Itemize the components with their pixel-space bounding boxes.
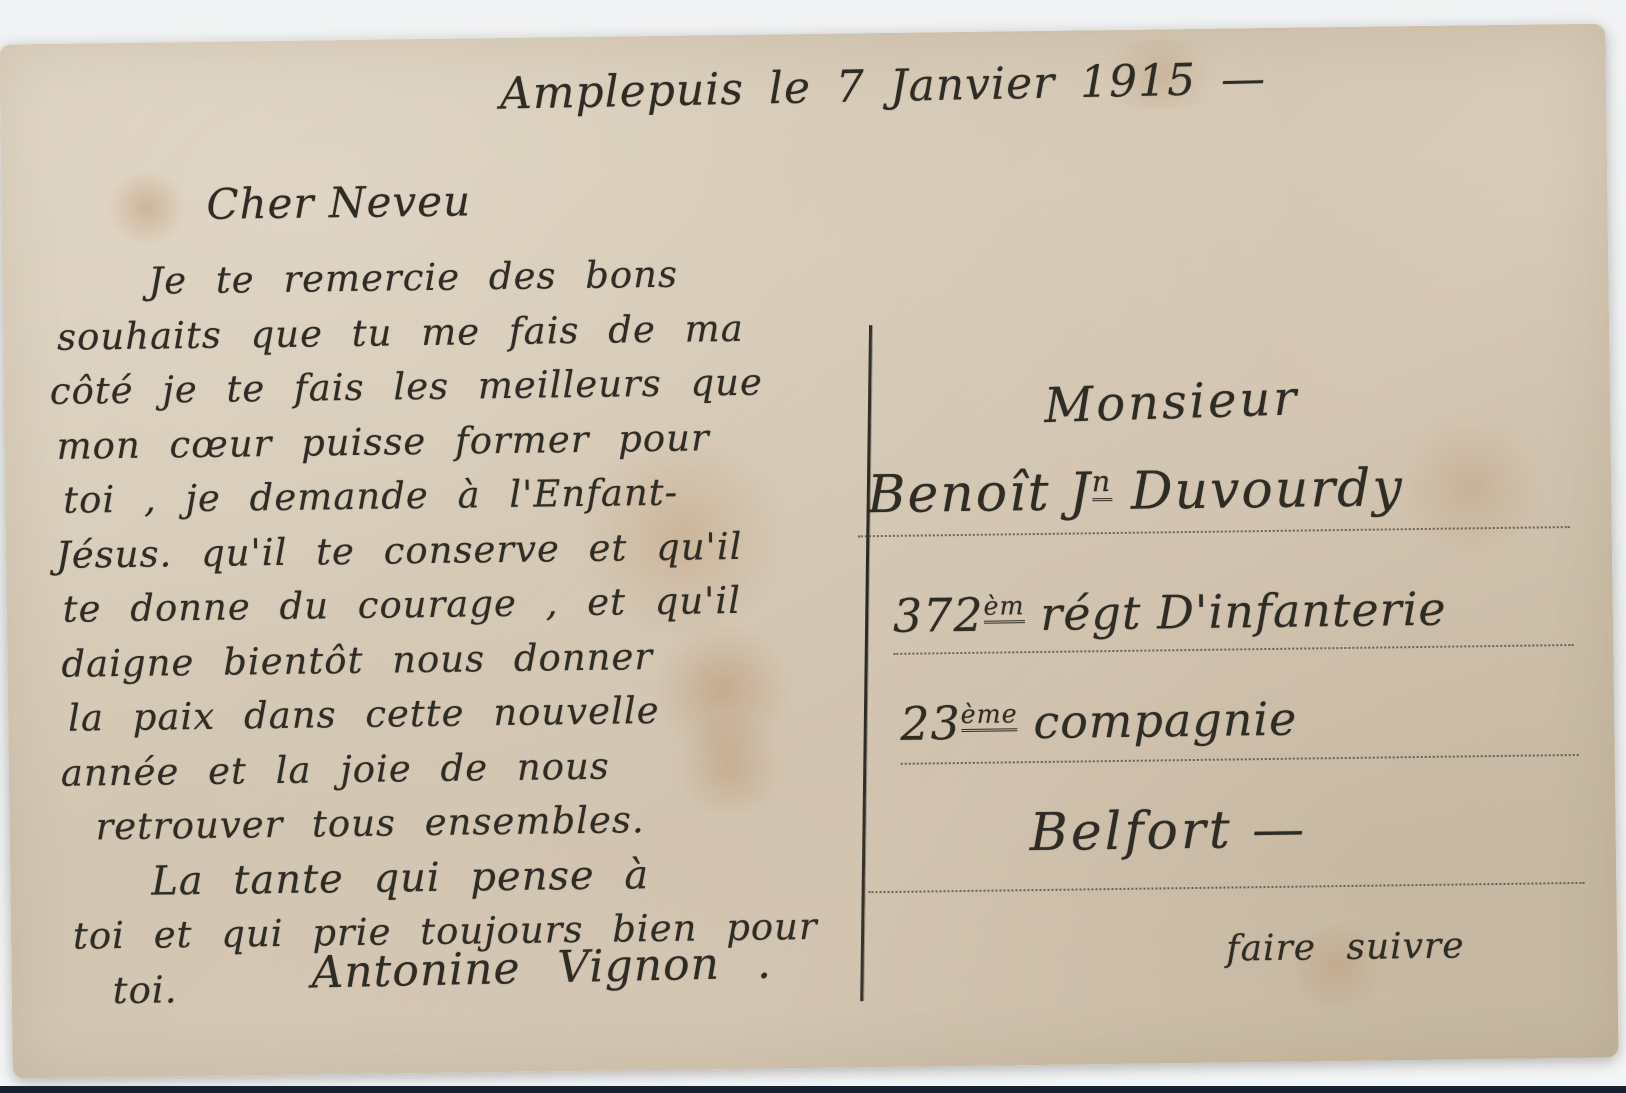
letter-line: Je te remercie des bons	[148, 246, 809, 309]
company-superscript: ème	[961, 699, 1018, 732]
paper-stain	[101, 172, 192, 243]
recipient-name-superscript: n	[1092, 464, 1113, 501]
letter-line: côté je te fais les meilleurs que	[49, 355, 810, 419]
letter-line: Jésus. qu'il te conserve et qu'il	[56, 518, 813, 582]
address-city: Belfort —	[1029, 800, 1307, 864]
letter-line: souhaits que tu me fais de ma	[57, 300, 810, 364]
letter-line: année et la joie de nous	[60, 736, 815, 800]
regiment-number: 372	[893, 588, 985, 643]
address-regiment: 372èm régt D'infanterie	[893, 582, 1447, 643]
regiment-rest: régt D'infanterie	[1024, 582, 1447, 642]
address-recipient-name: Benoît Jn Duvourdy	[867, 458, 1404, 525]
letter-line: toi , je demande à l'Enfant-	[63, 464, 812, 528]
letter-line: La tante qui pense à	[151, 845, 817, 908]
address-dotted-line	[858, 526, 1570, 537]
company-rest: compagnie	[1017, 692, 1297, 750]
letter-line: mon cœur puisse former pour	[56, 409, 811, 473]
address-dotted-line	[901, 754, 1579, 765]
recipient-name-main: Benoît J	[867, 462, 1092, 525]
letter-line: retrouver tous ensembles.	[95, 791, 816, 855]
address-title: Monsieur	[1043, 370, 1300, 434]
letter-line: te donne du courage , et qu'il	[62, 573, 813, 637]
postcard-paper: Amplepuis le 7 Janvier 1915 — Cher Neveu…	[0, 24, 1619, 1079]
salutation: Cher Neveu	[206, 176, 471, 228]
paper-stain	[1394, 414, 1546, 556]
signature: Antonine Vignon .	[311, 938, 772, 999]
scan-edge-strip	[0, 1086, 1626, 1093]
address-company: 23ème compagnie	[900, 692, 1298, 751]
letter-line: la paix dans cette nouvelle	[68, 682, 815, 746]
center-divider-line	[860, 325, 872, 1001]
address-dotted-line	[893, 644, 1573, 655]
date-line: Amplepuis le 7 Janvier 1915 —	[499, 53, 1266, 119]
letter-line: daigne bientôt nous donner	[61, 627, 814, 691]
regiment-superscript: èm	[983, 591, 1024, 624]
recipient-name-rest: Duvourdy	[1112, 458, 1404, 522]
address-dotted-line	[868, 882, 1584, 893]
forwarding-notation: faire suivre	[1226, 925, 1465, 969]
letter-body: Je te remercie des bons souhaits que tu …	[48, 246, 819, 1019]
company-number: 23	[900, 696, 961, 751]
